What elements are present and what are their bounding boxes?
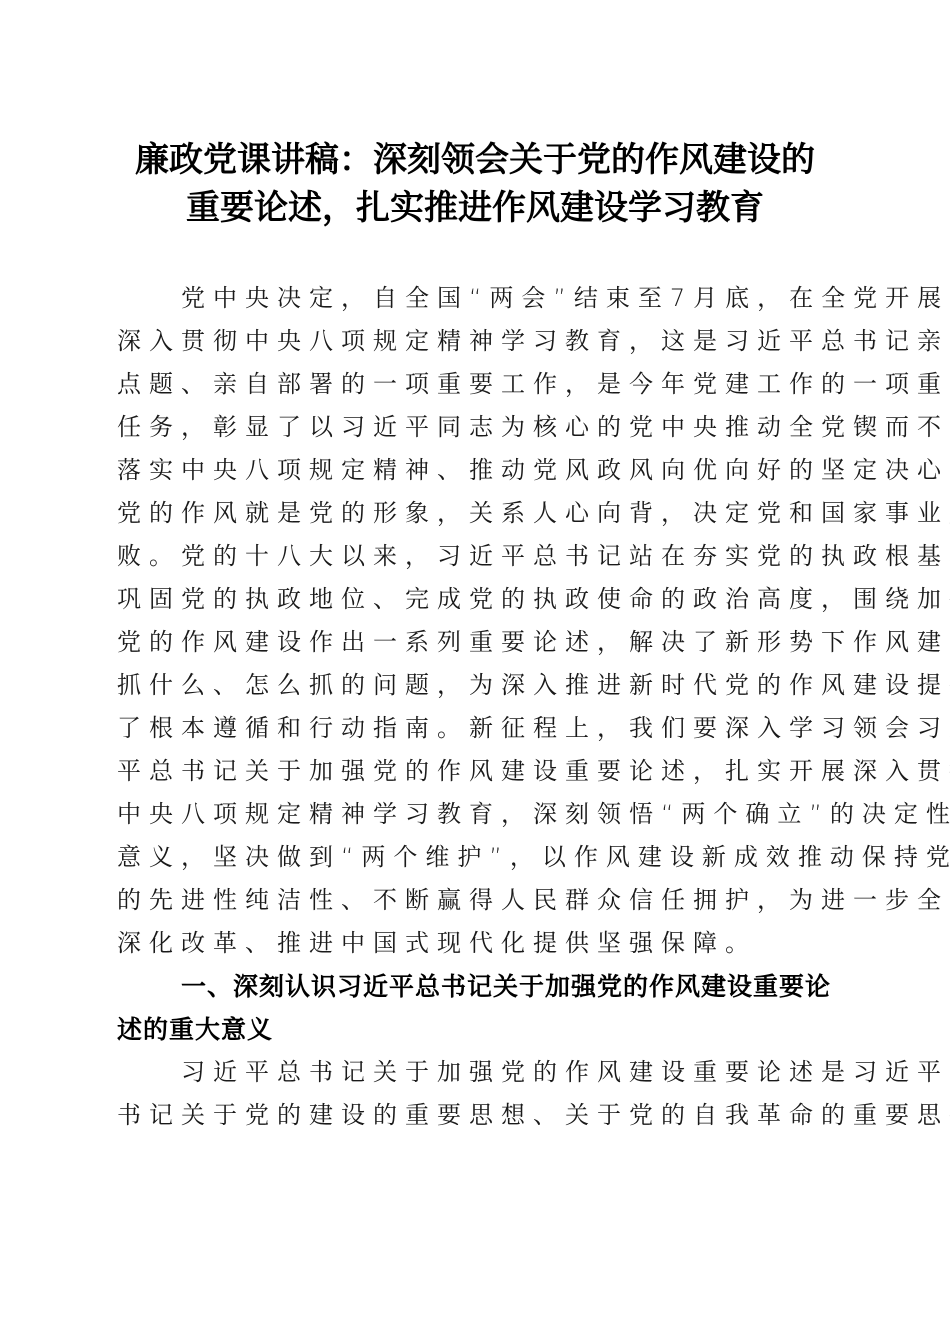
text-line: 巩固党的执政地位、完成党的执政使命的政治高度，围绕加强 bbox=[117, 578, 823, 621]
section-heading-1: 一、深刻认识习近平总书记关于加强党的作风建设重要论 述的重大意义 bbox=[117, 965, 823, 1051]
title-line: 廉政党课讲稿：深刻领会关于党的作风建设的 bbox=[100, 136, 850, 184]
heading-line: 述的重大意义 bbox=[117, 1008, 823, 1051]
text-line: 的先进性纯洁性、不断赢得人民群众信任拥护，为进一步全面 bbox=[117, 879, 823, 922]
text-line: 中央八项规定精神学习教育，深刻领悟“两个确立”的决定性 bbox=[117, 793, 823, 836]
paragraph-section1: 习近平总书记关于加强党的作风建设重要论述是习近平总 书记关于党的建设的重要思想、… bbox=[117, 1051, 823, 1137]
text-line: 党的作风就是党的形象，关系人心向背，决定党和国家事业成 bbox=[117, 492, 823, 535]
text-line: 抓什么、怎么抓的问题，为深入推进新时代党的作风建设提供 bbox=[117, 664, 823, 707]
text-line: 了根本遵循和行动指南。新征程上，我们要深入学习领会习近 bbox=[117, 707, 823, 750]
text-line: 习近平总书记关于加强党的作风建设重要论述是习近平总 bbox=[117, 1051, 823, 1094]
text-line: 深化改革、推进中国式现代化提供坚强保障。 bbox=[117, 922, 823, 965]
text-line: 意义，坚决做到“两个维护”，以作风建设新成效推动保持党 bbox=[117, 836, 823, 879]
heading-line: 一、深刻认识习近平总书记关于加强党的作风建设重要论 bbox=[117, 965, 823, 1008]
text-line: 点题、亲自部署的一项重要工作，是今年党建工作的一项重点 bbox=[117, 363, 823, 406]
text-line: 深入贯彻中央八项规定精神学习教育，这是习近平总书记亲自 bbox=[117, 320, 823, 363]
paragraph-intro: 党中央决定，自全国“两会”结束至7月底，在全党开展 深入贯彻中央八项规定精神学习… bbox=[117, 277, 823, 965]
document-body: 党中央决定，自全国“两会”结束至7月底，在全党开展 深入贯彻中央八项规定精神学习… bbox=[117, 277, 823, 1137]
text-line: 败。党的十八大以来，习近平总书记站在夯实党的执政根基、 bbox=[117, 535, 823, 578]
document-page: 廉政党课讲稿：深刻领会关于党的作风建设的 重要论述，扎实推进作风建设学习教育 党… bbox=[0, 0, 950, 1344]
text-line: 平总书记关于加强党的作风建设重要论述，扎实开展深入贯彻 bbox=[117, 750, 823, 793]
text-line: 党的作风建设作出一系列重要论述，解决了新形势下作风建设 bbox=[117, 621, 823, 664]
document-title: 廉政党课讲稿：深刻领会关于党的作风建设的 重要论述，扎实推进作风建设学习教育 bbox=[100, 136, 850, 232]
text-line: 落实中央八项规定精神、推动党风政风向优向好的坚定决心。 bbox=[117, 449, 823, 492]
text-line: 党中央决定，自全国“两会”结束至7月底，在全党开展 bbox=[117, 277, 823, 320]
text-line: 书记关于党的建设的重要思想、关于党的自我革命的重要思想 bbox=[117, 1094, 823, 1137]
text-line: 任务，彰显了以习近平同志为核心的党中央推动全党锲而不舍 bbox=[117, 406, 823, 449]
title-line: 重要论述，扎实推进作风建设学习教育 bbox=[100, 184, 850, 232]
